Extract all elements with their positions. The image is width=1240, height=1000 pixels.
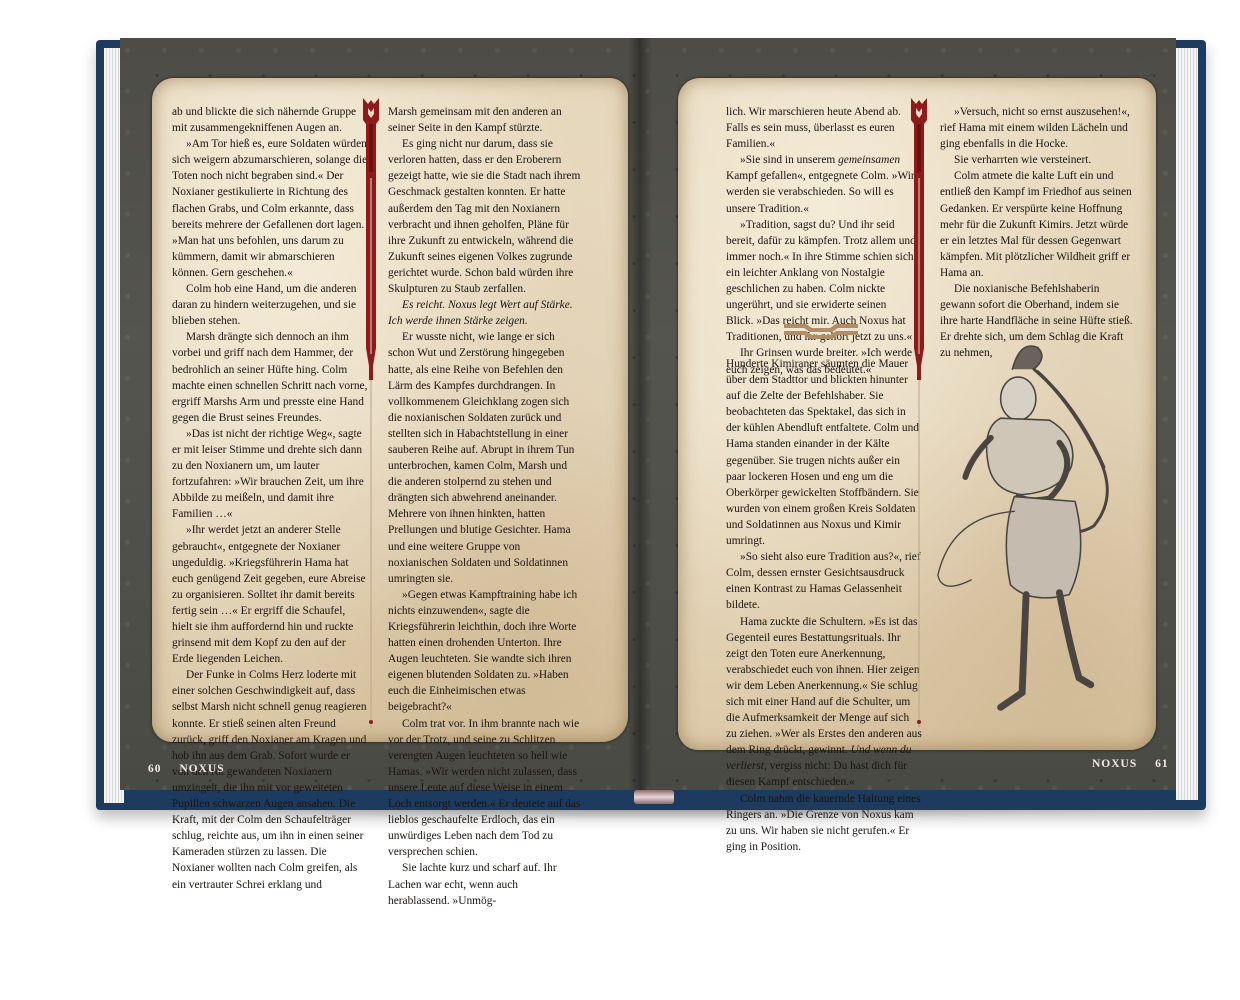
- warrior-sketch-illustration: [932, 326, 1128, 726]
- right-page-column-1-bottom: Hunderte Kimiraner säumten die Mauer übe…: [726, 356, 922, 855]
- paragraph: »Sie sind in unserem gemeinsamen Kampf g…: [726, 152, 916, 216]
- paragraph: »So sieht also eure Tradition aus?«, rie…: [726, 549, 922, 613]
- right-page-folio: NOXUS 61: [1092, 758, 1169, 770]
- paragraph: Der Funke in Colms Herz loderte mit eine…: [172, 667, 368, 892]
- left-page-folio: 60 NOXUS: [148, 763, 239, 775]
- page-edges-right: [1176, 48, 1198, 800]
- running-head: NOXUS: [1092, 758, 1137, 770]
- emphasis: gemeinsamen: [838, 154, 900, 166]
- paragraph: »Versuch, nicht so ernst auszusehen!«, r…: [940, 104, 1136, 152]
- paragraph: Hama zuckte die Schultern. »Es ist das G…: [726, 614, 922, 791]
- paragraph: »Das ist nicht der richtige Weg«, sagte …: [172, 426, 368, 523]
- paragraph: Sie verharrten wie versteinert.: [940, 152, 1136, 168]
- emphasis: Und wenn du verlierst: [726, 744, 911, 772]
- paragraph: Colm hob eine Hand, um die anderen daran…: [172, 281, 368, 329]
- thought-paragraph: Es reicht. Noxus legt Wert auf Stärke. I…: [388, 297, 582, 329]
- left-page-column-2: Marsh gemeinsam mit den anderen an seine…: [388, 104, 582, 909]
- right-page-column-2: »Versuch, nicht so ernst auszusehen!«, r…: [940, 104, 1136, 362]
- paragraph: Marsh gemeinsam mit den anderen an seine…: [388, 104, 582, 136]
- paragraph: Colm atmete die kalte Luft ein und entli…: [940, 168, 1136, 281]
- paragraph: »Am Tor hieß es, eure Soldaten würden si…: [172, 136, 368, 281]
- headband: [634, 790, 674, 804]
- page-number: 60: [148, 763, 162, 775]
- paragraph: Sie lachte kurz und scharf auf. Ihr Lach…: [388, 860, 582, 908]
- paragraph: Colm nahm die kauernde Haltung eines Rin…: [726, 791, 922, 855]
- paragraph: »Ihr werdet jetzt an anderer Stelle gebr…: [172, 522, 368, 667]
- red-column-ornament-icon: [362, 98, 380, 728]
- paragraph: lich. Wir marschieren heute Abend ab. Fa…: [726, 104, 916, 152]
- scene-break-ornament-icon: [782, 320, 860, 340]
- paragraph: ab und blickte die sich nähernde Gruppe …: [172, 104, 368, 136]
- paragraph: »Gegen etwas Kampftraining habe ich nich…: [388, 587, 582, 716]
- italic-thought: Es reicht. Noxus legt Wert auf Stärke. I…: [388, 299, 573, 327]
- red-column-ornament-icon: [910, 98, 928, 728]
- paragraph: Hunderte Kimiraner säumten die Mauer übe…: [726, 356, 922, 549]
- paragraph: Marsh drängte sich dennoch an ihm vorbei…: [172, 329, 368, 426]
- paragraph: Er wusste nicht, wie lange er sich schon…: [388, 329, 582, 587]
- running-head: NOXUS: [179, 763, 224, 775]
- paragraph: Es ging nicht nur darum, dass sie verlor…: [388, 136, 582, 297]
- book-gutter: [628, 38, 652, 790]
- page-number: 61: [1155, 758, 1169, 770]
- paragraph: Colm trat vor. In ihm brannte nach wie v…: [388, 716, 582, 861]
